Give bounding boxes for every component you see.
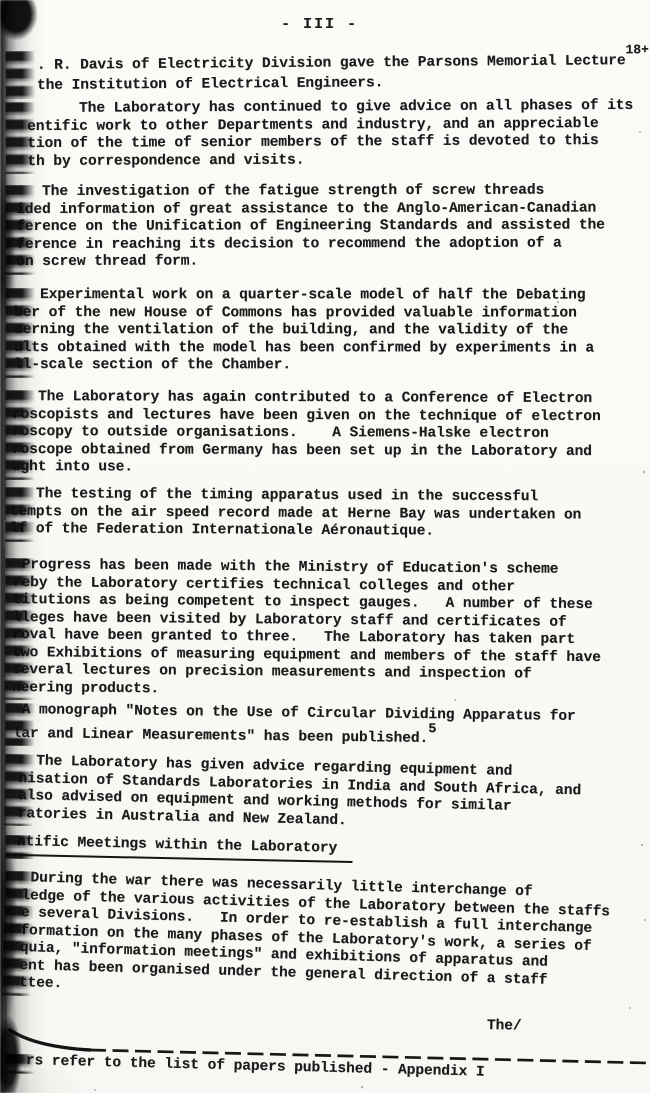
scan-speck <box>644 919 646 921</box>
paragraph-information-meetings: During the war there was necessarily lit… <box>19 870 611 1009</box>
scan-speck <box>629 1007 631 1009</box>
section-heading-scientific-meetings: ntific Meetings within the Laboratory <box>17 834 354 863</box>
paragraph-air-speed-record: The testing of the timing apparatus used… <box>10 486 582 542</box>
paragraph-advice-to-departments: The Laboratory has continued to give adv… <box>27 98 633 171</box>
scan-speck <box>361 1086 363 1088</box>
footnote-rule-curl <box>10 1030 90 1050</box>
footnote-reference-5: 5 <box>428 722 436 737</box>
scan-speck <box>643 471 645 473</box>
footnote-reference-18: 18+ <box>625 42 649 57</box>
paragraph-line: A monograph "Notes on the Use of Circula… <box>13 702 576 725</box>
paragraph-line: . R. Davis of Electricity Division gave … <box>28 53 626 74</box>
footnote: rs refer to the list of papers published… <box>26 1053 485 1082</box>
paragraph-house-of-commons-model: Experimental work on a quarter-scale mod… <box>14 287 594 375</box>
catchword: The/ <box>487 1018 522 1036</box>
scanned-document-page: - III - . R. Davis of Electricity Divisi… <box>0 0 650 1093</box>
page-number: - III - <box>281 16 358 34</box>
paragraph-line: the Institution of Electrical Engineers. <box>28 75 383 94</box>
scan-speck <box>94 1089 96 1091</box>
scan-speck <box>639 131 641 133</box>
paragraph-screw-threads: The investigation of the fatigue strengt… <box>16 182 605 271</box>
paragraph-standards-laboratories-advice: The Laboratory has given advice regardin… <box>17 753 581 835</box>
paragraph-gauge-inspection-scheme: Progress has been made with the Ministry… <box>12 557 602 702</box>
paragraph-monograph-published: A monograph "Notes on the Use of Circula… <box>13 702 576 750</box>
section-heading-text: ntific Meetings within the Laboratory <box>7 834 354 863</box>
paragraph-line: lar and Linear Measurements" has been pu… <box>13 725 429 746</box>
paragraph-parsons-lecture: . R. Davis of Electricity Division gave … <box>28 45 649 96</box>
scan-speck <box>641 844 643 846</box>
paragraph-electron-microscopy: The Laboratory has again contributed to … <box>12 389 601 479</box>
